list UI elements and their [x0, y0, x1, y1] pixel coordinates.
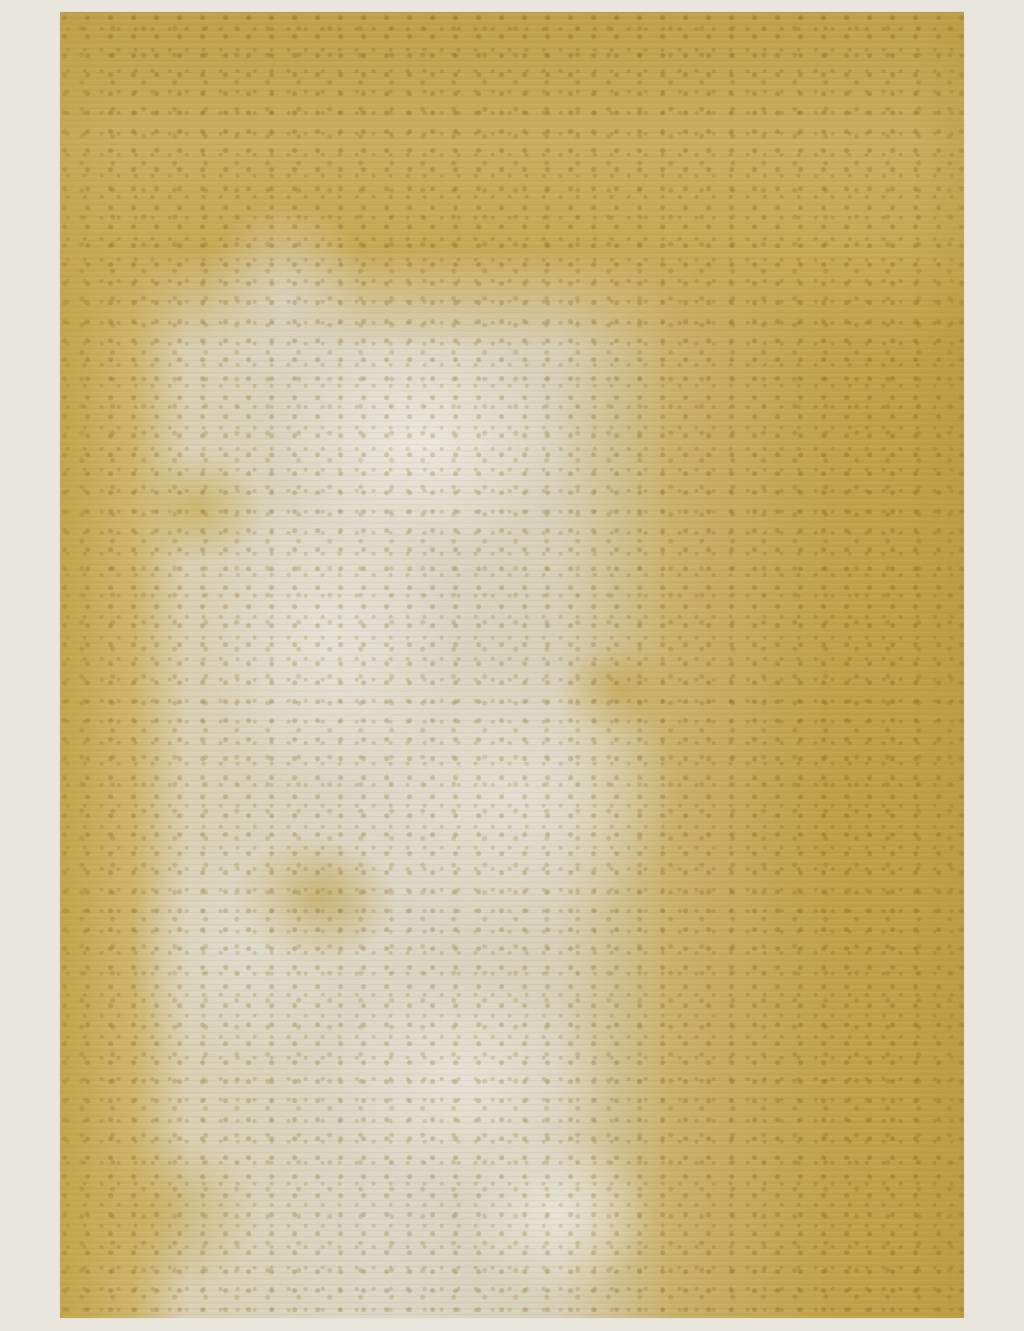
- rug-image: [60, 12, 964, 1318]
- rug-edge-tint: [60, 12, 964, 1318]
